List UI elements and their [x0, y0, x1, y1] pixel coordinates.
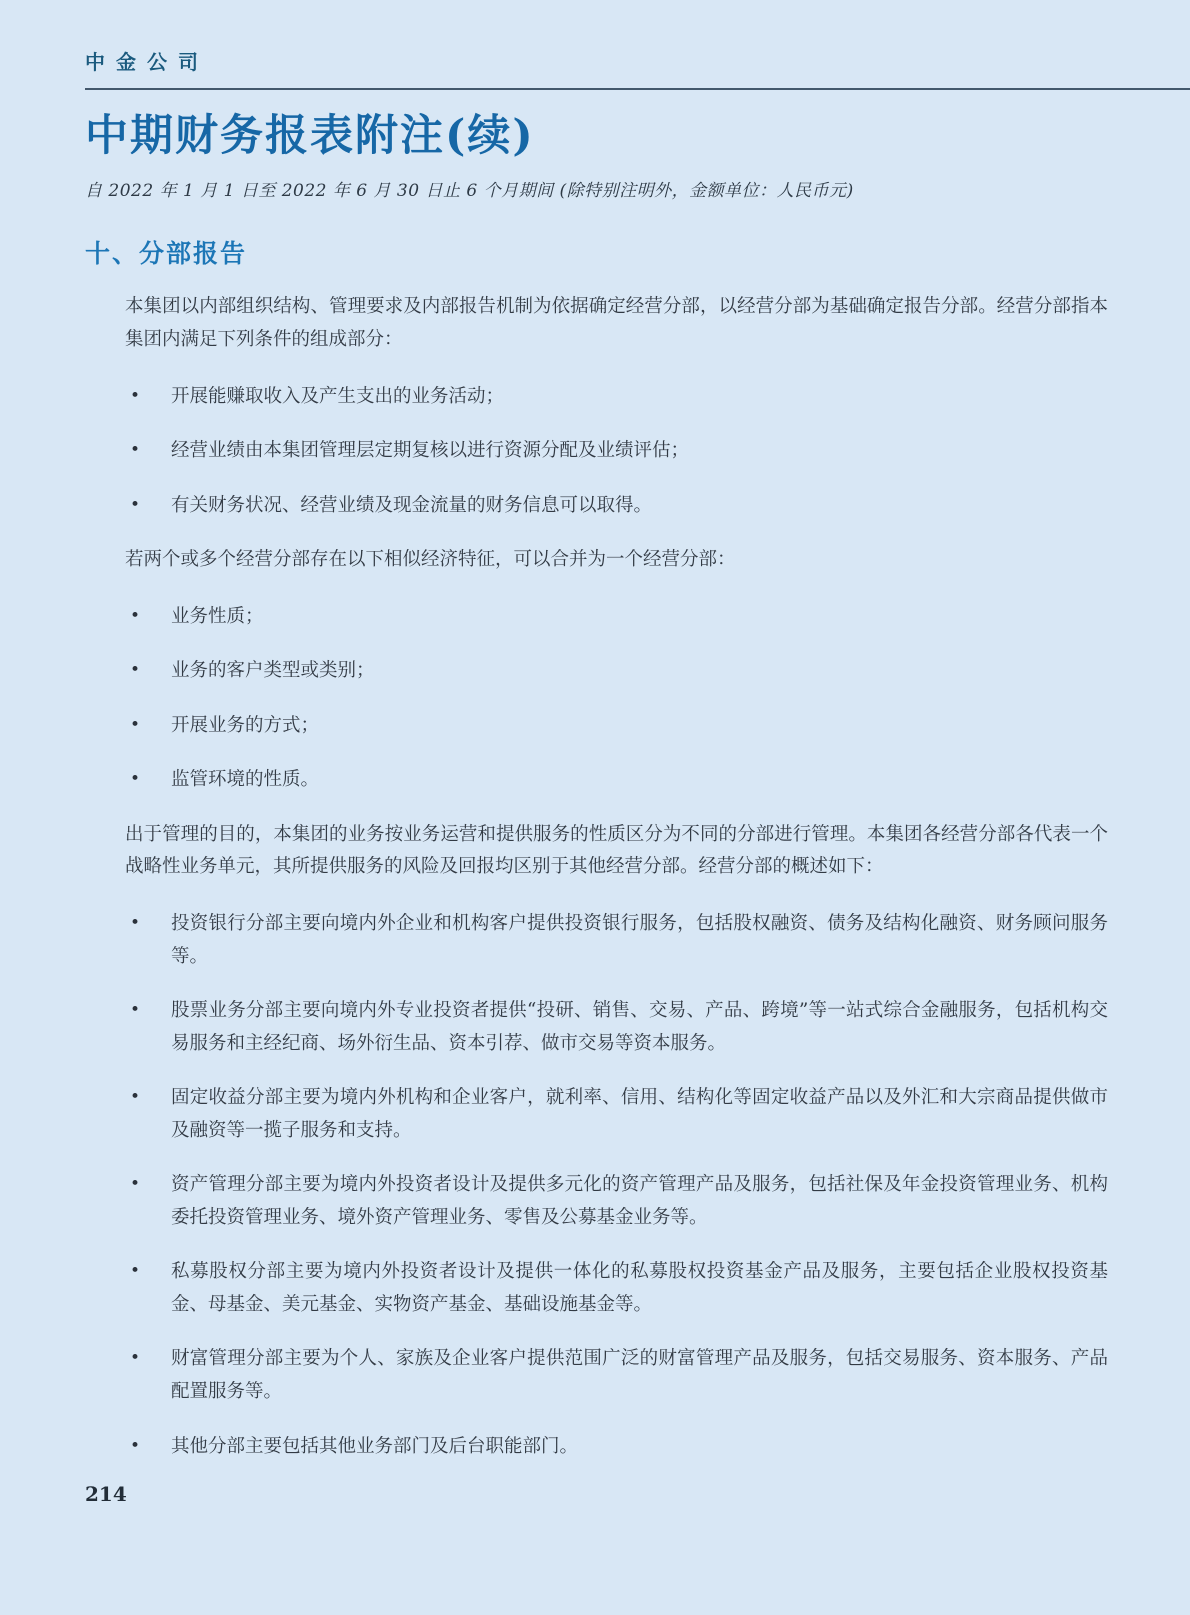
bullet-item: 经营业绩由本集团管理层定期复核以进行资源分配及业绩评估；	[125, 435, 1108, 468]
header-divider	[85, 88, 1190, 90]
bullet-item-equities: 股票业务分部主要向境内外专业投资者提供“投研、销售、交易、产品、跨境”等一站式综…	[125, 995, 1108, 1060]
section-heading: 十、分部报告	[85, 234, 1108, 270]
bullet-item: 开展能赚取收入及产生支出的业务活动；	[125, 381, 1108, 414]
bullet-list-segment-conditions: 开展能赚取收入及产生支出的业务活动； 经营业绩由本集团管理层定期复核以进行资源分…	[125, 381, 1108, 523]
page-title: 中期财务报表附注(续)	[85, 112, 1108, 161]
page-subtitle: 自 2022 年 1 月 1 日至 2022 年 6 月 30 日止 6 个月期…	[85, 176, 1108, 201]
bullet-item-investment-banking: 投资银行分部主要向境内外企业和机构客户提供投资银行服务，包括股权融资、债务及结构…	[125, 908, 1108, 973]
bullet-item-others: 其他分部主要包括其他业务部门及后台职能部门。	[125, 1431, 1108, 1464]
bullet-list-merge-criteria: 业务性质； 业务的客户类型或类别； 开展业务的方式； 监管环境的性质。	[125, 601, 1108, 797]
bullet-item-fixed-income: 固定收益分部主要为境内外机构和企业客户，就利率、信用、结构化等固定收益产品以及外…	[125, 1082, 1108, 1147]
paragraph-segment-basis: 本集团以内部组织结构、管理要求及内部报告机制为依据确定经营分部，以经营分部为基础…	[125, 291, 1108, 356]
bullet-item: 监管环境的性质。	[125, 764, 1108, 797]
bullet-item-wealth-management: 财富管理分部主要为个人、家族及企业客户提供范围广泛的财富管理产品及服务，包括交易…	[125, 1343, 1108, 1408]
paragraph-merge-criteria: 若两个或多个经营分部存在以下相似经济特征，可以合并为一个经营分部：	[125, 544, 1108, 577]
bullet-item: 业务性质；	[125, 601, 1108, 634]
bullet-item-private-equity: 私募股权分部主要为境内外投资者设计及提供一体化的私募股权投资基金产品及服务，主要…	[125, 1256, 1108, 1321]
bullet-list-segments-overview: 投资银行分部主要向境内外企业和机构客户提供投资银行服务，包括股权融资、债务及结构…	[125, 908, 1108, 1463]
page-number: 214	[85, 1482, 127, 1506]
document-page: 中金公司 中期财务报表附注(续) 自 2022 年 1 月 1 日至 2022 …	[0, 0, 1190, 1615]
company-name: 中金公司	[85, 46, 1108, 75]
bullet-item: 业务的客户类型或类别；	[125, 655, 1108, 688]
paragraph-management-purpose: 出于管理的目的，本集团的业务按业务运营和提供服务的性质区分为不同的分部进行管理。…	[125, 819, 1108, 884]
bullet-item: 开展业务的方式；	[125, 710, 1108, 743]
section-body: 本集团以内部组织结构、管理要求及内部报告机制为依据确定经营分部，以经营分部为基础…	[85, 291, 1108, 1463]
bullet-item-asset-management: 资产管理分部主要为境内外投资者设计及提供多元化的资产管理产品及服务，包括社保及年…	[125, 1169, 1108, 1234]
bullet-item: 有关财务状况、经营业绩及现金流量的财务信息可以取得。	[125, 490, 1108, 523]
